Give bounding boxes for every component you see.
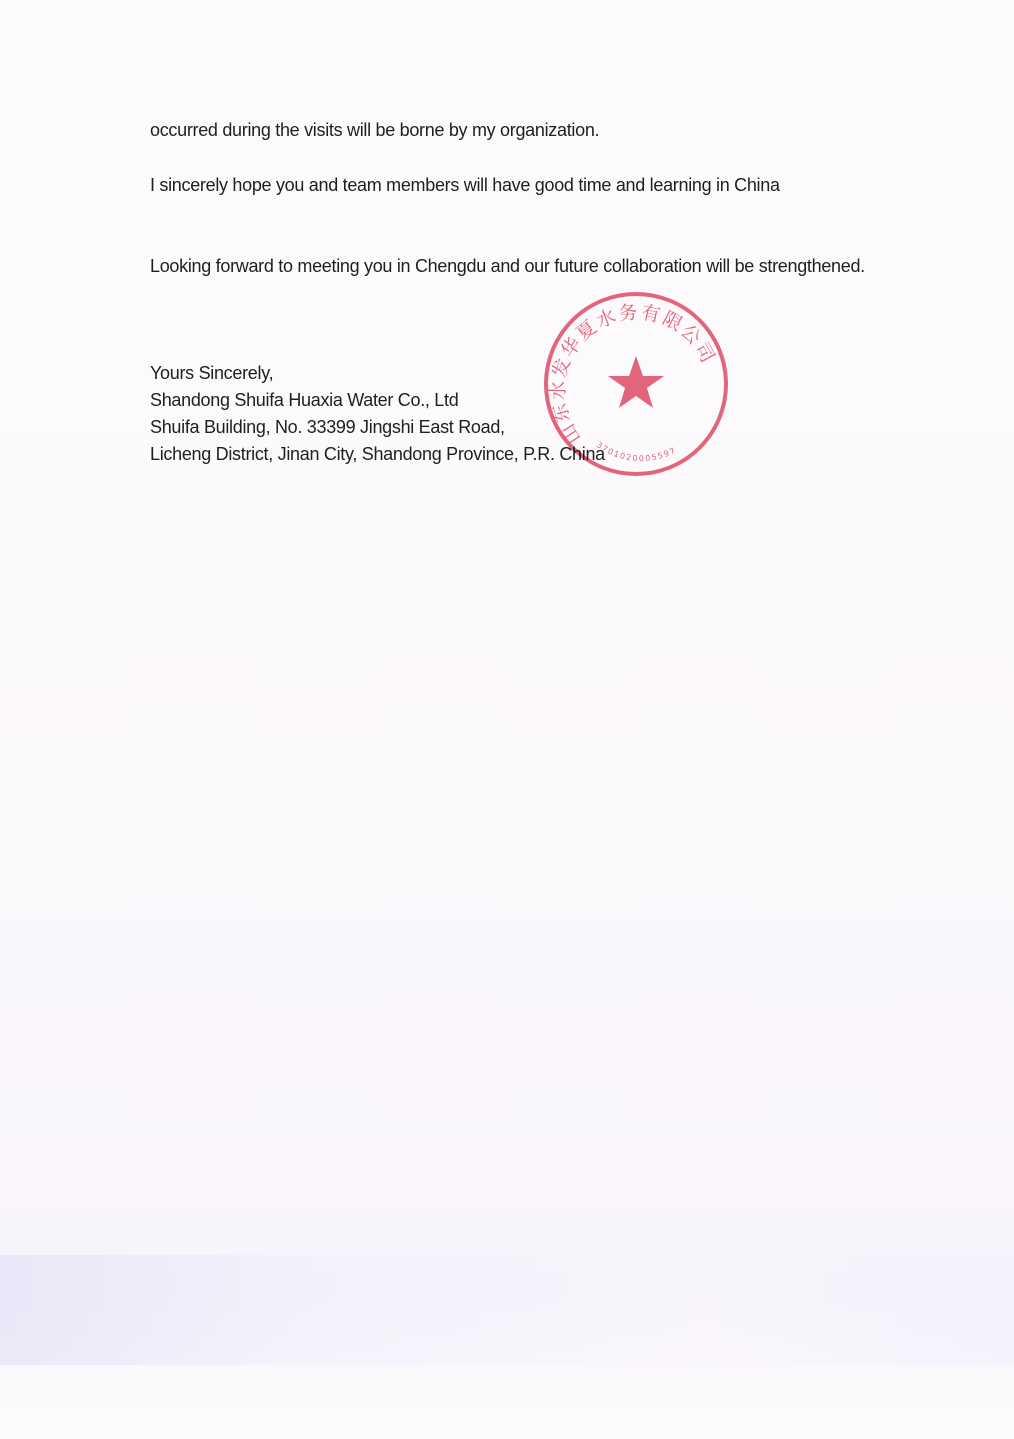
company-seal: 山东水发华夏水务有限公司 3701020005597	[538, 288, 734, 480]
closing-salutation: Yours Sincerely,	[150, 360, 605, 387]
address-line-1: Shuifa Building, No. 33399 Jingshi East …	[150, 414, 605, 441]
scan-shadow	[0, 1255, 1014, 1365]
paragraph-closing-remark: Looking forward to meeting you in Chengd…	[150, 254, 868, 279]
seal-serial: 3701020005597	[595, 440, 678, 463]
paragraph-costs: occurred during the visits will be borne…	[150, 118, 868, 143]
paragraph-wishes: I sincerely hope you and team members wi…	[150, 173, 868, 198]
star-icon	[608, 356, 664, 408]
signature-block: Yours Sincerely, Shandong Shuifa Huaxia …	[150, 360, 605, 468]
address-line-2: Licheng District, Jinan City, Shandong P…	[150, 441, 605, 468]
company-name: Shandong Shuifa Huaxia Water Co., Ltd	[150, 387, 605, 414]
document-page: occurred during the visits will be borne…	[0, 0, 1014, 1439]
